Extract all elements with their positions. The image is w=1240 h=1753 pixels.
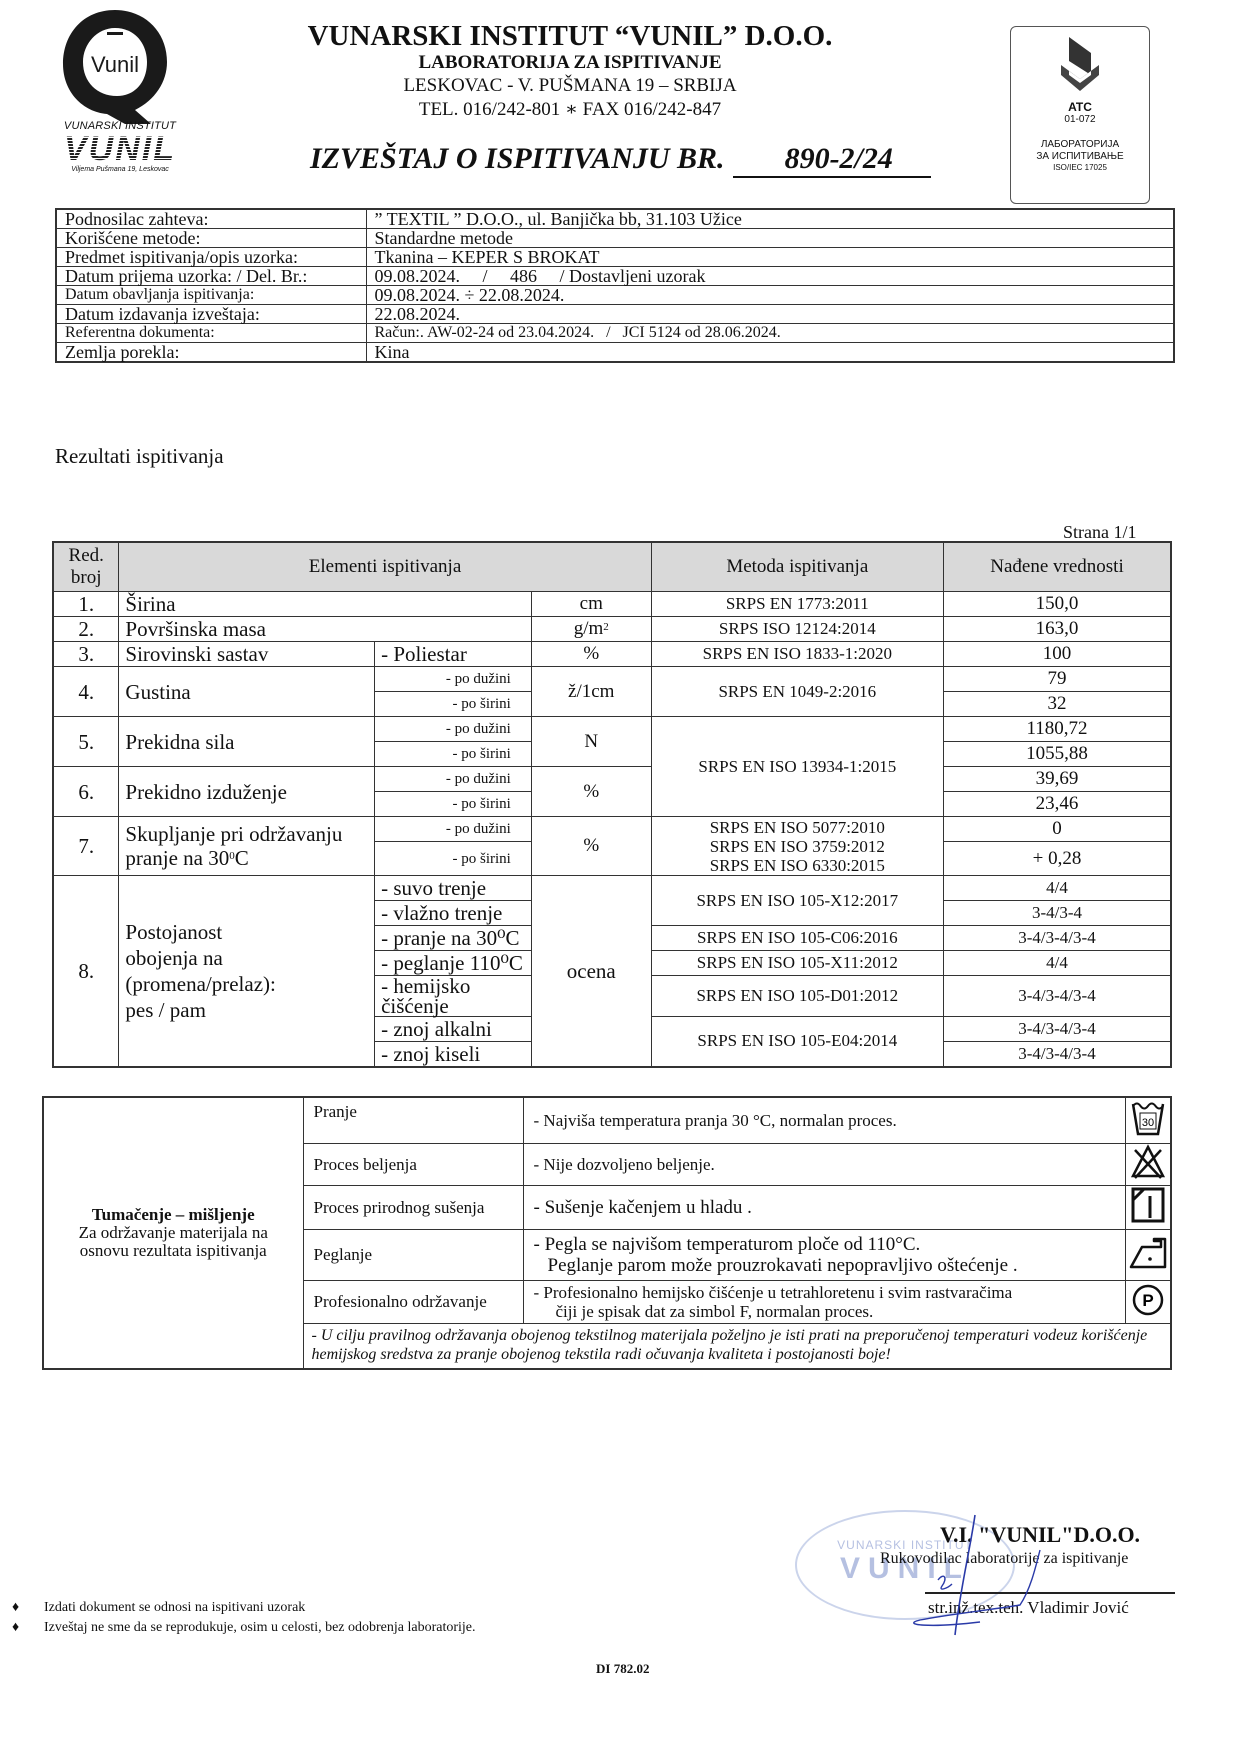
bullet-icon: ♦ xyxy=(12,1620,44,1636)
row-value: 23,46 xyxy=(943,792,1171,817)
row-subelement: - po dužini xyxy=(375,767,532,792)
page-indicator: Strana 1/1 xyxy=(1063,522,1137,543)
row-unit: % xyxy=(531,642,651,667)
table-row: 7. Skupljanje pri održavanju pranje na 3… xyxy=(53,817,1171,842)
care-label: Profesionalno održavanje xyxy=(303,1281,523,1324)
row-value: 4/4 xyxy=(943,876,1171,901)
row-element: Sirovinski sastav xyxy=(119,642,375,667)
row-value: 32 xyxy=(943,692,1171,717)
element-line: pes / pam xyxy=(125,997,368,1023)
info-row: Referentna dokumenta:Račun:. AW-02-24 od… xyxy=(56,324,1174,343)
svg-text:Vunil: Vunil xyxy=(91,52,139,77)
element-line: (promena/prelaz): xyxy=(125,971,368,997)
info-row: Datum prijema uzorka: / Del. Br.:09.08.2… xyxy=(56,267,1174,286)
row-subelement: - po dužini xyxy=(375,817,532,842)
interpretation-heading: Tumačenje – mišljenje Za održavanje mate… xyxy=(43,1097,303,1369)
row-subelement: - po dužini xyxy=(375,717,532,742)
table-row: 8. Postojanost obojenja na (promena/prel… xyxy=(53,876,1171,901)
table-row: 1. Širina cm SRPS EN 1773:2011 150,0 xyxy=(53,592,1171,617)
svg-text:30: 30 xyxy=(1142,1117,1154,1129)
row-subelement: - znoj alkalni xyxy=(375,1017,532,1042)
interpretation-subtitle: Za održavanje materijala na osnovu rezul… xyxy=(79,1223,268,1260)
row-subelement: - hemijsko čišćenje xyxy=(375,976,532,1017)
report-title: IZVEŠTAJ O ISPITIVANJU BR.890-2/24 xyxy=(310,142,931,178)
row-unit: % xyxy=(531,817,651,876)
method-line: SRPS EN ISO 5077:2010 xyxy=(658,818,937,837)
row-method: SRPS EN 1049-2:2016 xyxy=(651,667,943,717)
unit-exponent: 2 xyxy=(603,621,609,633)
accreditation-line1: ЛАБОРАТОРИЈА xyxy=(1011,139,1149,151)
row-value: 3-4/3-4 xyxy=(943,901,1171,926)
row-element: Prekidna sila xyxy=(119,717,375,767)
row-unit: % xyxy=(531,767,651,817)
row-value: 150,0 xyxy=(943,592,1171,617)
row-number: 8. xyxy=(53,876,119,1067)
info-label: Podnosilac zahteva: xyxy=(56,209,366,229)
row-value: 79 xyxy=(943,667,1171,692)
row-value: 3-4/3-4/3-4 xyxy=(943,1042,1171,1067)
accreditation-standard: ISO/IEC 17025 xyxy=(1011,163,1149,172)
row-number: 3. xyxy=(53,642,119,667)
org-name: VUNARSKI INSTITUT “VUNIL” D.O.O. xyxy=(260,20,880,52)
row-value: 0 xyxy=(943,817,1171,842)
info-row: Datum obavljanja ispitivanja:09.08.2024.… xyxy=(56,286,1174,305)
table-row: 6. Prekidno izduženje - po dužini % 39,6… xyxy=(53,767,1171,792)
care-description: - Sušenje kačenjem u hladu . xyxy=(523,1186,1125,1230)
results-table: Red. broj Elementi ispitivanja Merna jed… xyxy=(52,541,1172,1068)
info-value: Tkanina – KEPER S BROKAT xyxy=(366,248,1174,267)
row-subelement: - po širini xyxy=(375,842,532,876)
row-subelement: - po dužini xyxy=(375,667,532,692)
info-value: 09.08.2024. / 486 / Dostavljeni uzorak xyxy=(366,267,1174,286)
info-label: Korišćene metode: xyxy=(56,229,366,248)
row-method: SRPS EN ISO 105-X12:2017 xyxy=(651,876,943,926)
care-description-line: Peglanje parom može prouzrokavati nepopr… xyxy=(534,1255,1115,1276)
row-unit: ocena xyxy=(531,876,651,1067)
row-value: + 0,28 xyxy=(943,842,1171,876)
request-info-table: Podnosilac zahteva:” TEXTIL ” D.O.O., ul… xyxy=(55,208,1175,363)
document-code: DI 782.02 xyxy=(596,1661,649,1677)
row-value: 3-4/3-4/3-4 xyxy=(943,926,1171,951)
row-element: Skupljanje pri održavanju pranje na 300C xyxy=(119,817,375,876)
row-subelement: - suvo trenje xyxy=(375,876,532,901)
row-subelement: - Poliestar xyxy=(375,642,532,667)
row-value: 39,69 xyxy=(943,767,1171,792)
row-subelement: - po širini xyxy=(375,692,532,717)
results-header-row: Red. broj Elementi ispitivanja Merna jed… xyxy=(53,542,1171,592)
letterhead: VUNARSKI INSTITUT “VUNIL” D.O.O. LABORAT… xyxy=(260,20,880,122)
line-dry-shade-icon xyxy=(1125,1186,1171,1230)
row-number: 1. xyxy=(53,592,119,617)
info-label: Referentna dokumenta: xyxy=(56,324,366,343)
dry-clean-p-icon: P xyxy=(1125,1281,1171,1324)
table-row: 5. Prekidna sila - po dužini N SRPS EN I… xyxy=(53,717,1171,742)
row-value: 100 xyxy=(943,642,1171,667)
info-label: Datum obavljanja ispitivanja: xyxy=(56,286,366,305)
care-row: Tumačenje – mišljenje Za održavanje mate… xyxy=(43,1097,1171,1144)
bullet-icon: ♦ xyxy=(12,1600,44,1616)
element-line: obojenja na xyxy=(125,945,368,971)
row-element: Postojanost obojenja na (promena/prelaz)… xyxy=(119,876,375,1067)
info-label: Predmet ispitivanja/opis uzorka: xyxy=(56,248,366,267)
row-number: 5. xyxy=(53,717,119,767)
org-address: LESKOVAC - V. PUŠMANA 19 – SRBIJA xyxy=(260,74,880,98)
row-value: 163,0 xyxy=(943,617,1171,642)
col-header-method: Metoda ispitivanja xyxy=(651,542,943,592)
row-method: SRPS EN ISO 105-E04:2014 xyxy=(651,1017,943,1067)
row-value: 3-4/3-4/3-4 xyxy=(943,976,1171,1017)
atc-logo-icon xyxy=(1055,35,1105,93)
info-row: Podnosilac zahteva:” TEXTIL ” D.O.O., ul… xyxy=(56,209,1174,229)
table-row: 2. Površinska masa g/m2 SRPS ISO 12124:2… xyxy=(53,617,1171,642)
row-value: 4/4 xyxy=(943,951,1171,976)
interpretation-title: Tumačenje – mišljenje xyxy=(92,1205,255,1224)
row-unit: N xyxy=(531,717,651,767)
info-label: Datum izdavanja izveštaja: xyxy=(56,305,366,324)
logo-address: Viljema Pušmana 19, Leskovac xyxy=(55,166,185,173)
row-method: SRPS ISO 12124:2014 xyxy=(651,617,943,642)
results-section-title: Rezultati ispitivanja xyxy=(55,444,224,469)
row-method: SRPS EN ISO 1833-1:2020 xyxy=(651,642,943,667)
lab-name: LABORATORIJA ZA ISPITIVANJE xyxy=(260,52,880,74)
care-note: - U cilju pravilnog održavanja obojenog … xyxy=(303,1324,1171,1370)
svg-text:P: P xyxy=(1142,1291,1153,1310)
wash-30-icon: 30 xyxy=(1125,1097,1171,1144)
footer-note-text: Izveštaj ne sme da se reprodukuje, osim … xyxy=(44,1620,476,1635)
row-number: 7. xyxy=(53,817,119,876)
col-header-no: Red. broj xyxy=(53,542,119,592)
care-label: Proces prirodnog sušenja xyxy=(303,1186,523,1230)
element-text: pranje na 30 xyxy=(125,846,229,870)
care-description: - Profesionalno hemijsko čišćenje u tetr… xyxy=(523,1281,1125,1324)
row-method: SRPS EN 1773:2011 xyxy=(651,592,943,617)
row-method: SRPS EN ISO 105-D01:2012 xyxy=(651,976,943,1017)
method-line: SRPS EN ISO 3759:2012 xyxy=(658,837,937,856)
accreditation-number: 01-072 xyxy=(1011,114,1149,125)
care-description: - Pegla se najvišom temperaturom ploče o… xyxy=(523,1230,1125,1281)
col-header-element: Elementi ispitivanja xyxy=(119,542,651,592)
row-subelement: - pranje na 30⁰C xyxy=(375,926,532,951)
info-value: Standardne metode xyxy=(366,229,1174,248)
care-description: - Nije dozvoljeno beljenje. xyxy=(523,1144,1125,1186)
row-unit: ž/1cm xyxy=(531,667,651,717)
org-contact: TEL. 016/242-801 ∗ FAX 016/242-847 xyxy=(260,98,880,122)
row-subelement: - po širini xyxy=(375,792,532,817)
info-row: Predmet ispitivanja/opis uzorka:Tkanina … xyxy=(56,248,1174,267)
care-description-line: - Pegla se najvišom temperaturom ploče o… xyxy=(534,1234,1115,1255)
row-method: SRPS EN ISO 105-X11:2012 xyxy=(651,951,943,976)
vunil-q-logo: Vunil xyxy=(55,6,175,126)
row-element: Širina xyxy=(119,592,531,617)
handwritten-signature xyxy=(860,1510,1160,1640)
info-value: 22.08.2024. xyxy=(366,305,1174,324)
accreditation-line2: ЗА ИСПИТИВАЊЕ xyxy=(1011,151,1149,163)
care-description: - Najviša temperatura pranja 30 °C, norm… xyxy=(523,1097,1125,1144)
iron-low-icon xyxy=(1125,1230,1171,1281)
col-header-value: Nađene vrednosti xyxy=(943,542,1171,592)
method-line: SRPS EN ISO 6330:2015 xyxy=(658,856,937,875)
row-element: Površinska masa xyxy=(119,617,531,642)
info-value: ” TEXTIL ” D.O.O., ul. Banjička bb, 31.1… xyxy=(366,209,1174,229)
row-unit: cm xyxy=(531,592,651,617)
row-subelement: - peglanje 110⁰C xyxy=(375,951,532,976)
element-line: Skupljanje pri održavanju xyxy=(125,822,368,846)
footer-notes: ♦Izdati dokument se odnosi na ispitivani… xyxy=(12,1600,476,1640)
info-label: Datum prijema uzorka: / Del. Br.: xyxy=(56,267,366,286)
no-bleach-icon xyxy=(1125,1144,1171,1186)
accreditation-code: ATC xyxy=(1011,100,1149,114)
footer-note: ♦Izveštaj ne sme da se reprodukuje, osim… xyxy=(12,1620,476,1636)
report-number: 890-2/24 xyxy=(733,142,931,178)
row-subelement: - vlažno trenje xyxy=(375,901,532,926)
footer-note: ♦Izdati dokument se odnosi na ispitivani… xyxy=(12,1600,476,1616)
care-label: Peglanje xyxy=(303,1230,523,1281)
footer-note-text: Izdati dokument se odnosi na ispitivani … xyxy=(44,1600,305,1615)
care-description-line: - Profesionalno hemijsko čišćenje u tetr… xyxy=(534,1283,1115,1302)
info-row: Zemlja porekla:Kina xyxy=(56,343,1174,363)
info-value: 09.08.2024. ÷ 22.08.2024. xyxy=(366,286,1174,305)
report-title-label: IZVEŠTAJ O ISPITIVANJU BR. xyxy=(310,142,725,175)
care-interpretation-table: Tumačenje – mišljenje Za održavanje mate… xyxy=(42,1096,1172,1370)
row-subelement: - znoj kiseli xyxy=(375,1042,532,1067)
accreditation-badge: ATC 01-072 ЛАБОРАТОРИЈА ЗА ИСПИТИВАЊЕ IS… xyxy=(1010,26,1150,204)
table-row: 3. Sirovinski sastav - Poliestar % SRPS … xyxy=(53,642,1171,667)
row-method: SRPS EN ISO 5077:2010 SRPS EN ISO 3759:2… xyxy=(651,817,943,876)
row-method: SRPS EN ISO 105-C06:2016 xyxy=(651,926,943,951)
row-value: 1055,88 xyxy=(943,742,1171,767)
row-value: 1180,72 xyxy=(943,717,1171,742)
info-value: Račun:. AW-02-24 od 23.04.2024. / JCI 51… xyxy=(366,324,1174,343)
element-line: Postojanost xyxy=(125,919,368,945)
row-number: 2. xyxy=(53,617,119,642)
care-label: Pranje xyxy=(303,1097,523,1144)
info-row: Datum izdavanja izveštaja:22.08.2024. xyxy=(56,305,1174,324)
row-element: Prekidno izduženje xyxy=(119,767,375,817)
row-element: Gustina xyxy=(119,667,375,717)
row-subelement: - po širini xyxy=(375,742,532,767)
row-unit: g/m2 xyxy=(531,617,651,642)
vunil-wordmark: VUNARSKI INSTITUT VUNIL Viljema Pušmana … xyxy=(55,120,185,173)
unit-text: g/m xyxy=(574,618,604,639)
row-number: 4. xyxy=(53,667,119,717)
table-row: 4. Gustina - po dužini ž/1cm SRPS EN 104… xyxy=(53,667,1171,692)
care-description-line: čiji je spisak dat za simbol F, normalan… xyxy=(534,1302,1115,1321)
info-value: Kina xyxy=(366,343,1174,363)
element-line: pranje na 300C xyxy=(125,846,368,870)
info-row: Korišćene metode:Standardne metode xyxy=(56,229,1174,248)
row-number: 6. xyxy=(53,767,119,817)
degree-sup: 0 xyxy=(229,850,235,862)
element-unit: C xyxy=(235,846,249,870)
row-value: 3-4/3-4/3-4 xyxy=(943,1017,1171,1042)
logo-wordmark: VUNIL xyxy=(55,132,185,166)
info-label: Zemlja porekla: xyxy=(56,343,366,363)
row-method: SRPS EN ISO 13934-1:2015 xyxy=(651,717,943,817)
care-label: Proces beljenja xyxy=(303,1144,523,1186)
